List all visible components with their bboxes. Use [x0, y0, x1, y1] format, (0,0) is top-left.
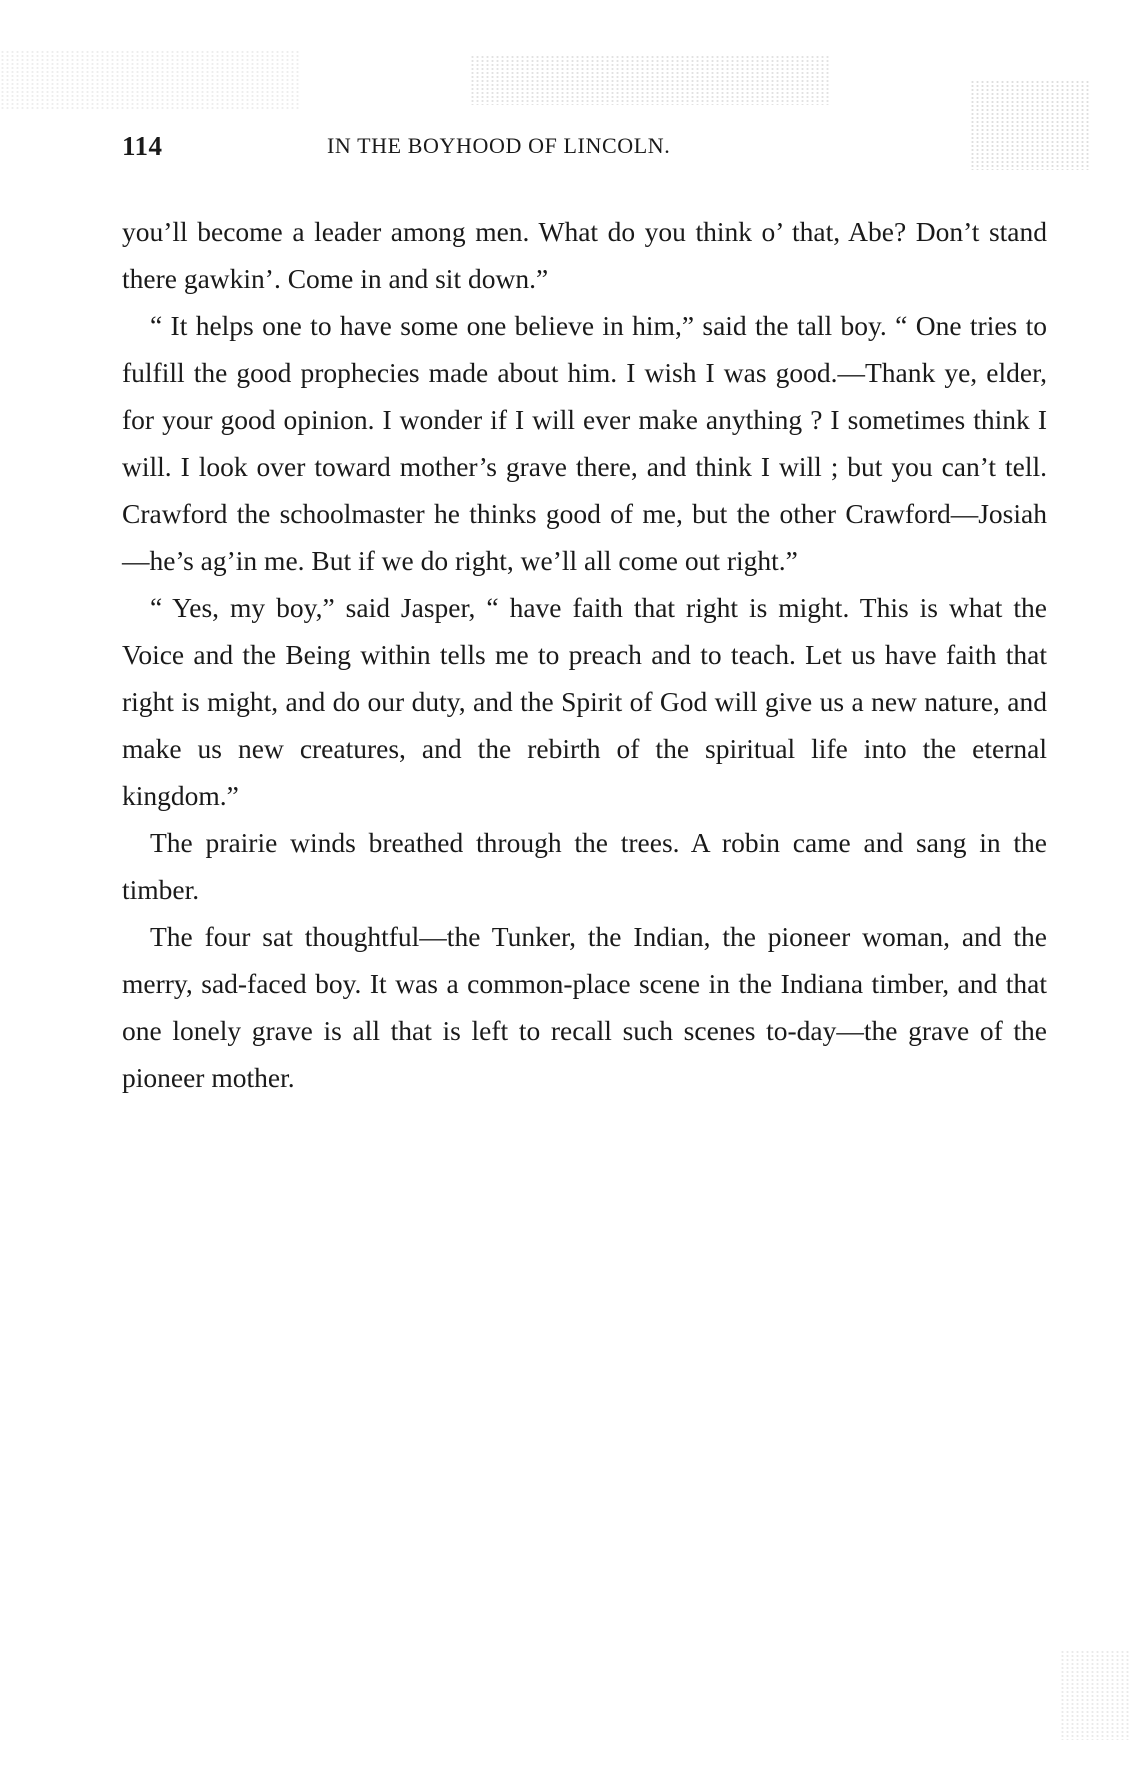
- scan-noise: [1060, 1650, 1130, 1740]
- paragraph: you’ll become a leader among men. What d…: [122, 208, 1047, 302]
- body-text: you’ll become a leader among men. What d…: [122, 208, 1047, 1101]
- paragraph: “ Yes, my boy,” said Jasper, “ have fait…: [122, 584, 1047, 819]
- paragraph: The prairie winds breathed through the t…: [122, 819, 1047, 913]
- paragraph: The four sat thoughtful—the Tunker, the …: [122, 913, 1047, 1101]
- scan-noise: [0, 50, 300, 110]
- running-title: IN THE BOYHOOD OF LINCOLN.: [327, 133, 670, 159]
- page-header: 114 IN THE BOYHOOD OF LINCOLN.: [122, 131, 1047, 171]
- page-number: 114: [122, 131, 163, 162]
- paragraph: “ It helps one to have some one believe …: [122, 302, 1047, 584]
- scan-noise: [470, 55, 830, 105]
